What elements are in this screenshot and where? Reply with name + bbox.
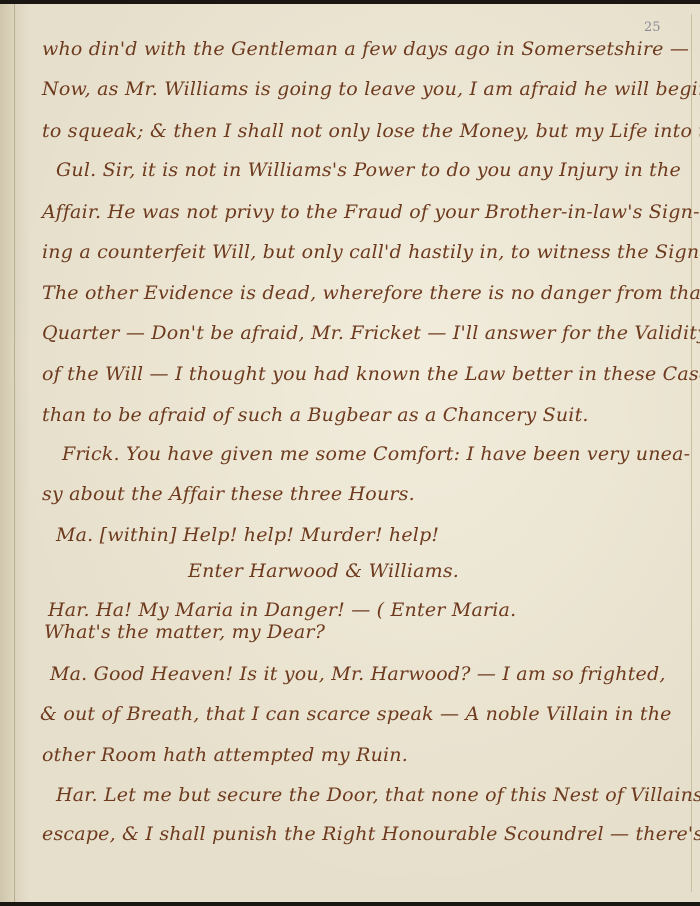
manuscript-line: Ma. Good Heaven! Is it you, Mr. Harwood?… — [50, 663, 666, 685]
manuscript-line: than to be afraid of such a Bugbear as a… — [42, 404, 589, 426]
manuscript-line: Har. Let me but secure the Door, that no… — [56, 784, 700, 806]
manuscript-line: Enter Harwood & Williams. — [188, 560, 459, 582]
handwritten-text-block: who din'd with the Gentleman a few days … — [0, 4, 700, 902]
manuscript-line: escape, & I shall punish the Right Honou… — [42, 823, 700, 845]
manuscript-line: sy about the Affair these three Hours. — [42, 483, 415, 505]
manuscript-line: of the Will — I thought you had known th… — [42, 363, 700, 385]
manuscript-line: Har. Ha! My Maria in Danger! — ( Enter M… — [48, 599, 516, 621]
manuscript-page: 25 who din'd with the Gentleman a few da… — [0, 4, 700, 902]
manuscript-line: other Room hath attempted my Ruin. — [42, 744, 408, 766]
manuscript-line: What's the matter, my Dear? — [44, 621, 325, 643]
manuscript-line: Ma. [within] Help! help! Murder! help! — [56, 524, 439, 546]
manuscript-line: who din'd with the Gentleman a few days … — [42, 38, 689, 60]
manuscript-line: Frick. You have given me some Comfort: I… — [62, 443, 690, 465]
manuscript-line: & out of Breath, that I can scarce speak… — [40, 703, 672, 725]
manuscript-line: Now, as Mr. Williams is going to leave y… — [42, 78, 700, 100]
manuscript-line: ing a counterfeit Will, but only call'd … — [42, 241, 700, 263]
manuscript-line: The other Evidence is dead, wherefore th… — [42, 282, 700, 304]
manuscript-line: Affair. He was not privy to the Fraud of… — [42, 201, 700, 223]
manuscript-line: Gul. Sir, it is not in Williams's Power … — [56, 159, 681, 181]
manuscript-line: to squeak; & then I shall not only lose … — [42, 120, 700, 142]
manuscript-line: Quarter — Don't be afraid, Mr. Fricket —… — [42, 322, 700, 344]
